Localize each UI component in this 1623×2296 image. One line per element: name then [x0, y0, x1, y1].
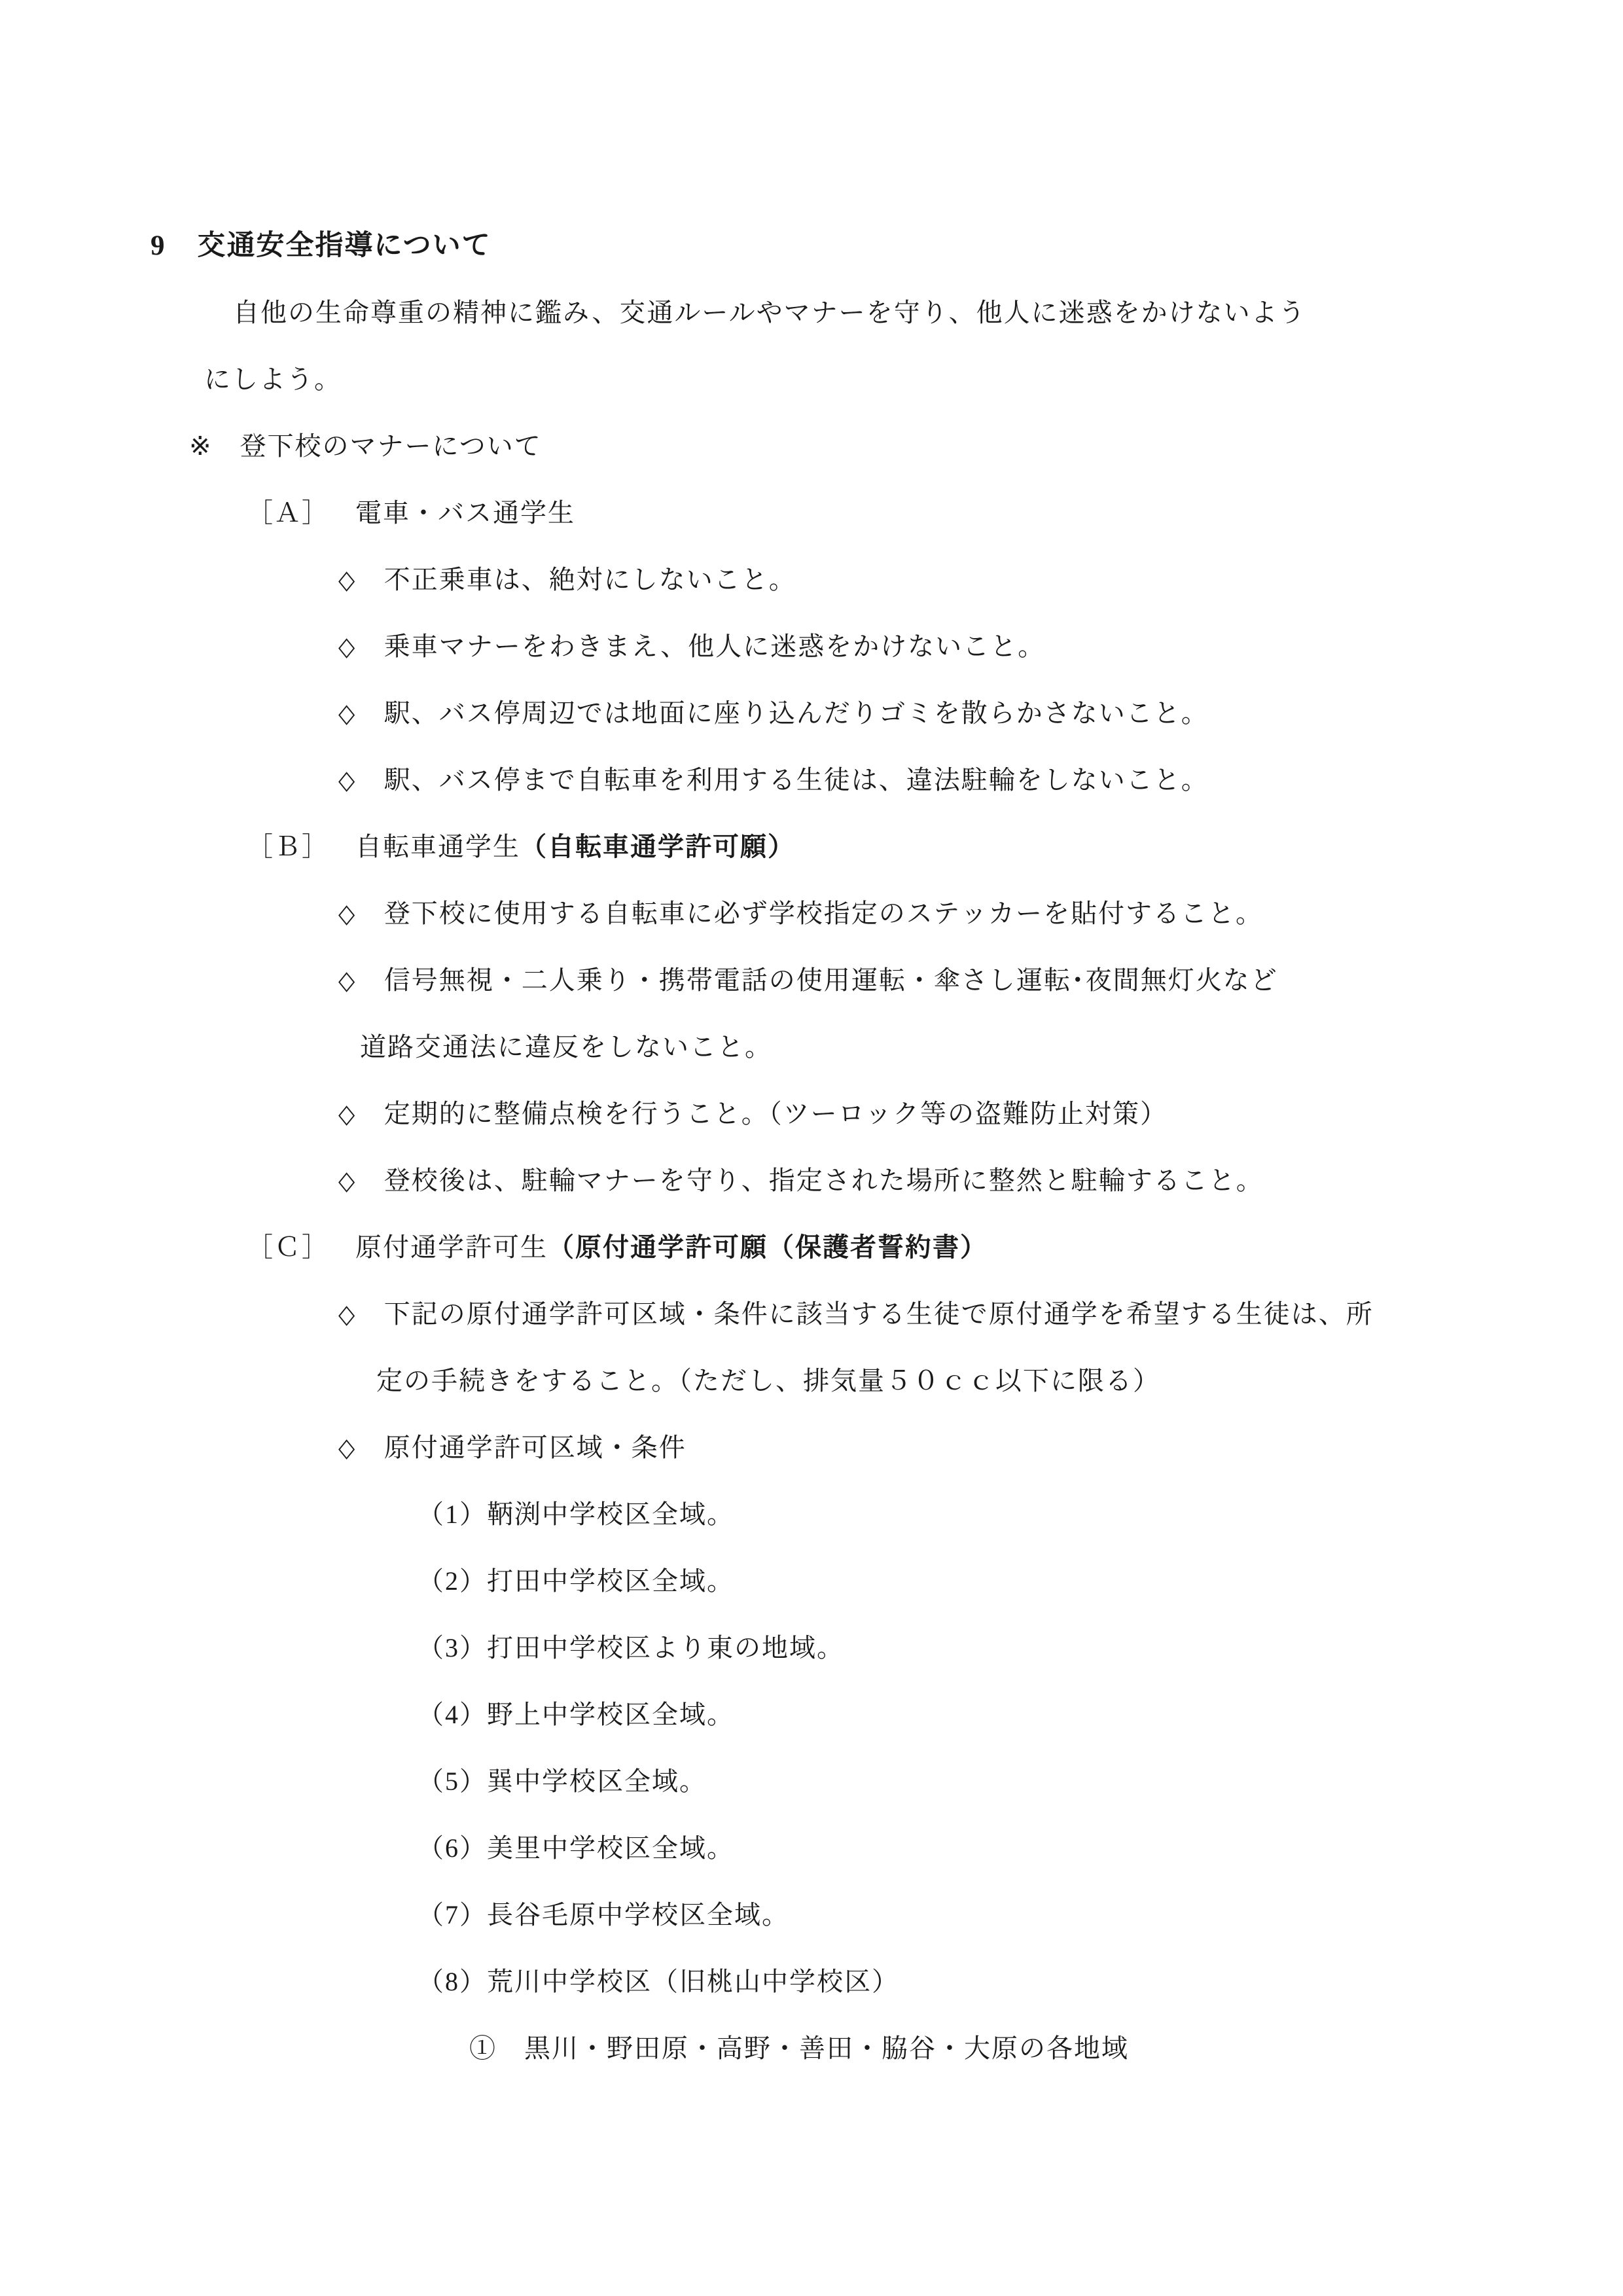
diamond-bullet-icon: ◇ [338, 631, 356, 662]
section-a-item: ◇不正乗車は、絶対にしないこと。 [336, 564, 1623, 596]
item-text: 登下校に使用する自転車に必ず学校指定のステッカーを貼付すること。 [384, 899, 1263, 928]
document-page: 9交通安全指導について 自他の生命尊重の精神に鑑み、交通ルールやマナーを守り、他… [0, 0, 1623, 2296]
diamond-bullet-icon: ◇ [338, 1165, 356, 1196]
reference-mark-icon: ※ [189, 431, 213, 462]
section-b-item: ◇信号無視・二人乗り・携帯電話の使用運転・傘さし運転･夜間無灯火など [336, 965, 1623, 996]
section-c-item-continuation: 定の手続きをすること。（ただし、排気量５０ｃｃ以下に限る） [376, 1365, 1623, 1397]
diamond-bullet-icon: ◇ [338, 965, 356, 996]
section-b-item: ◇登校後は、駐輪マナーを守り、指定された場所に整然と駐輪すること。 [336, 1165, 1623, 1196]
diamond-bullet-icon: ◇ [338, 564, 356, 596]
diamond-bullet-icon: ◇ [338, 764, 356, 796]
district-item: （3）打田中学校区より東の地域。 [418, 1632, 1623, 1664]
section-title: 交通安全指導について [198, 230, 491, 261]
item-text: 乗車マナーをわきまえ、他人に迷惑をかけないこと。 [384, 632, 1045, 661]
section-b-item: ◇定期的に整備点検を行うこと。（ツーロック等の盗難防止対策） [336, 1098, 1623, 1130]
section-a-title: 電車・バス通学生 [355, 498, 575, 528]
manner-note-title: 登下校のマナーについて [240, 431, 542, 461]
section-b-header: ［Ｂ］自転車通学生（自転車通学許可願） [247, 831, 1623, 863]
section-c-title: 原付通学許可生 [355, 1232, 548, 1262]
section-b-item: ◇登下校に使用する自転車に必ず学校指定のステッカーを貼付すること。 [336, 898, 1623, 929]
diamond-bullet-icon: ◇ [338, 698, 356, 729]
section-a-label: ［Ａ］ [247, 497, 329, 529]
section-b-title-note: （自転車通学許可願） [520, 832, 795, 861]
section-b-title: 自転車通学生 [355, 832, 520, 861]
section-a-item: ◇駅、バス停周辺では地面に座り込んだりゴミを散らかさないこと。 [336, 698, 1623, 729]
section-heading: 9交通安全指導について [151, 230, 1623, 262]
section-c-label: ［Ｃ］ [247, 1232, 329, 1263]
intro-line-2: にしよう。 [204, 364, 1623, 395]
district-item: （1）鞆渕中学校区全域。 [418, 1499, 1623, 1530]
item-text: 信号無視・二人乗り・携帯電話の使用運転・傘さし運転･夜間無灯火など [384, 965, 1278, 995]
diamond-bullet-icon: ◇ [338, 1299, 356, 1330]
district-item: （8）荒川中学校区（旧桃山中学校区） [418, 1966, 1623, 1998]
district-item: （2）打田中学校区全域。 [418, 1566, 1623, 1597]
section-number: 9 [151, 230, 166, 262]
section-a-item: ◇駅、バス停まで自転車を利用する生徒は、違法駐輪をしないこと。 [336, 764, 1623, 796]
diamond-bullet-icon: ◇ [338, 1432, 356, 1463]
section-b-label: ［Ｂ］ [247, 831, 329, 863]
section-a-item: ◇乗車マナーをわきまえ、他人に迷惑をかけないこと。 [336, 631, 1623, 662]
district-item: （5）巽中学校区全域。 [418, 1766, 1623, 1797]
district-item: （6）美里中学校区全域。 [418, 1833, 1623, 1864]
section-c-item: ◇原付通学許可区域・条件 [336, 1432, 1623, 1463]
district-item: （4）野上中学校区全域。 [418, 1699, 1623, 1731]
section-c-item: ◇下記の原付通学許可区域・条件に該当する生徒で原付通学を希望する生徒は、所 [336, 1299, 1623, 1330]
sub-district-item: ① 黒川・野田原・高野・善田・脇谷・大原の各地域 [469, 2033, 1623, 2064]
section-a-header: ［Ａ］電車・バス通学生 [247, 497, 1623, 529]
manner-note-heading: ※登下校のマナーについて [189, 431, 1623, 462]
item-text: 登校後は、駐輪マナーを守り、指定された場所に整然と駐輪すること。 [384, 1166, 1264, 1195]
item-text: 下記の原付通学許可区域・条件に該当する生徒で原付通学を希望する生徒は、所 [384, 1299, 1374, 1329]
intro-line-1: 自他の生命尊重の精神に鑑み、交通ルールやマナーを守り、他人に迷惑をかけないよう [233, 297, 1623, 329]
item-text: 駅、バス停まで自転車を利用する生徒は、違法駐輪をしないこと。 [384, 765, 1209, 795]
item-text: 定期的に整備点検を行うこと。（ツーロック等の盗難防止対策） [384, 1099, 1168, 1128]
district-item: （7）長谷毛原中学校区全域。 [418, 1899, 1623, 1931]
item-text: 原付通学許可区域・条件 [384, 1433, 687, 1462]
item-text: 駅、バス停周辺では地面に座り込んだりゴミを散らかさないこと。 [384, 698, 1209, 728]
diamond-bullet-icon: ◇ [338, 898, 356, 929]
section-c-header: ［Ｃ］原付通学許可生（原付通学許可願（保護者誓約書） [247, 1232, 1623, 1263]
item-text: 不正乗車は、絶対にしないこと。 [384, 565, 796, 594]
diamond-bullet-icon: ◇ [338, 1098, 356, 1130]
section-c-title-note: （原付通学許可願（保護者誓約書） [548, 1232, 988, 1262]
section-b-item-continuation: 道路交通法に違反をしないこと。 [360, 1031, 1623, 1063]
